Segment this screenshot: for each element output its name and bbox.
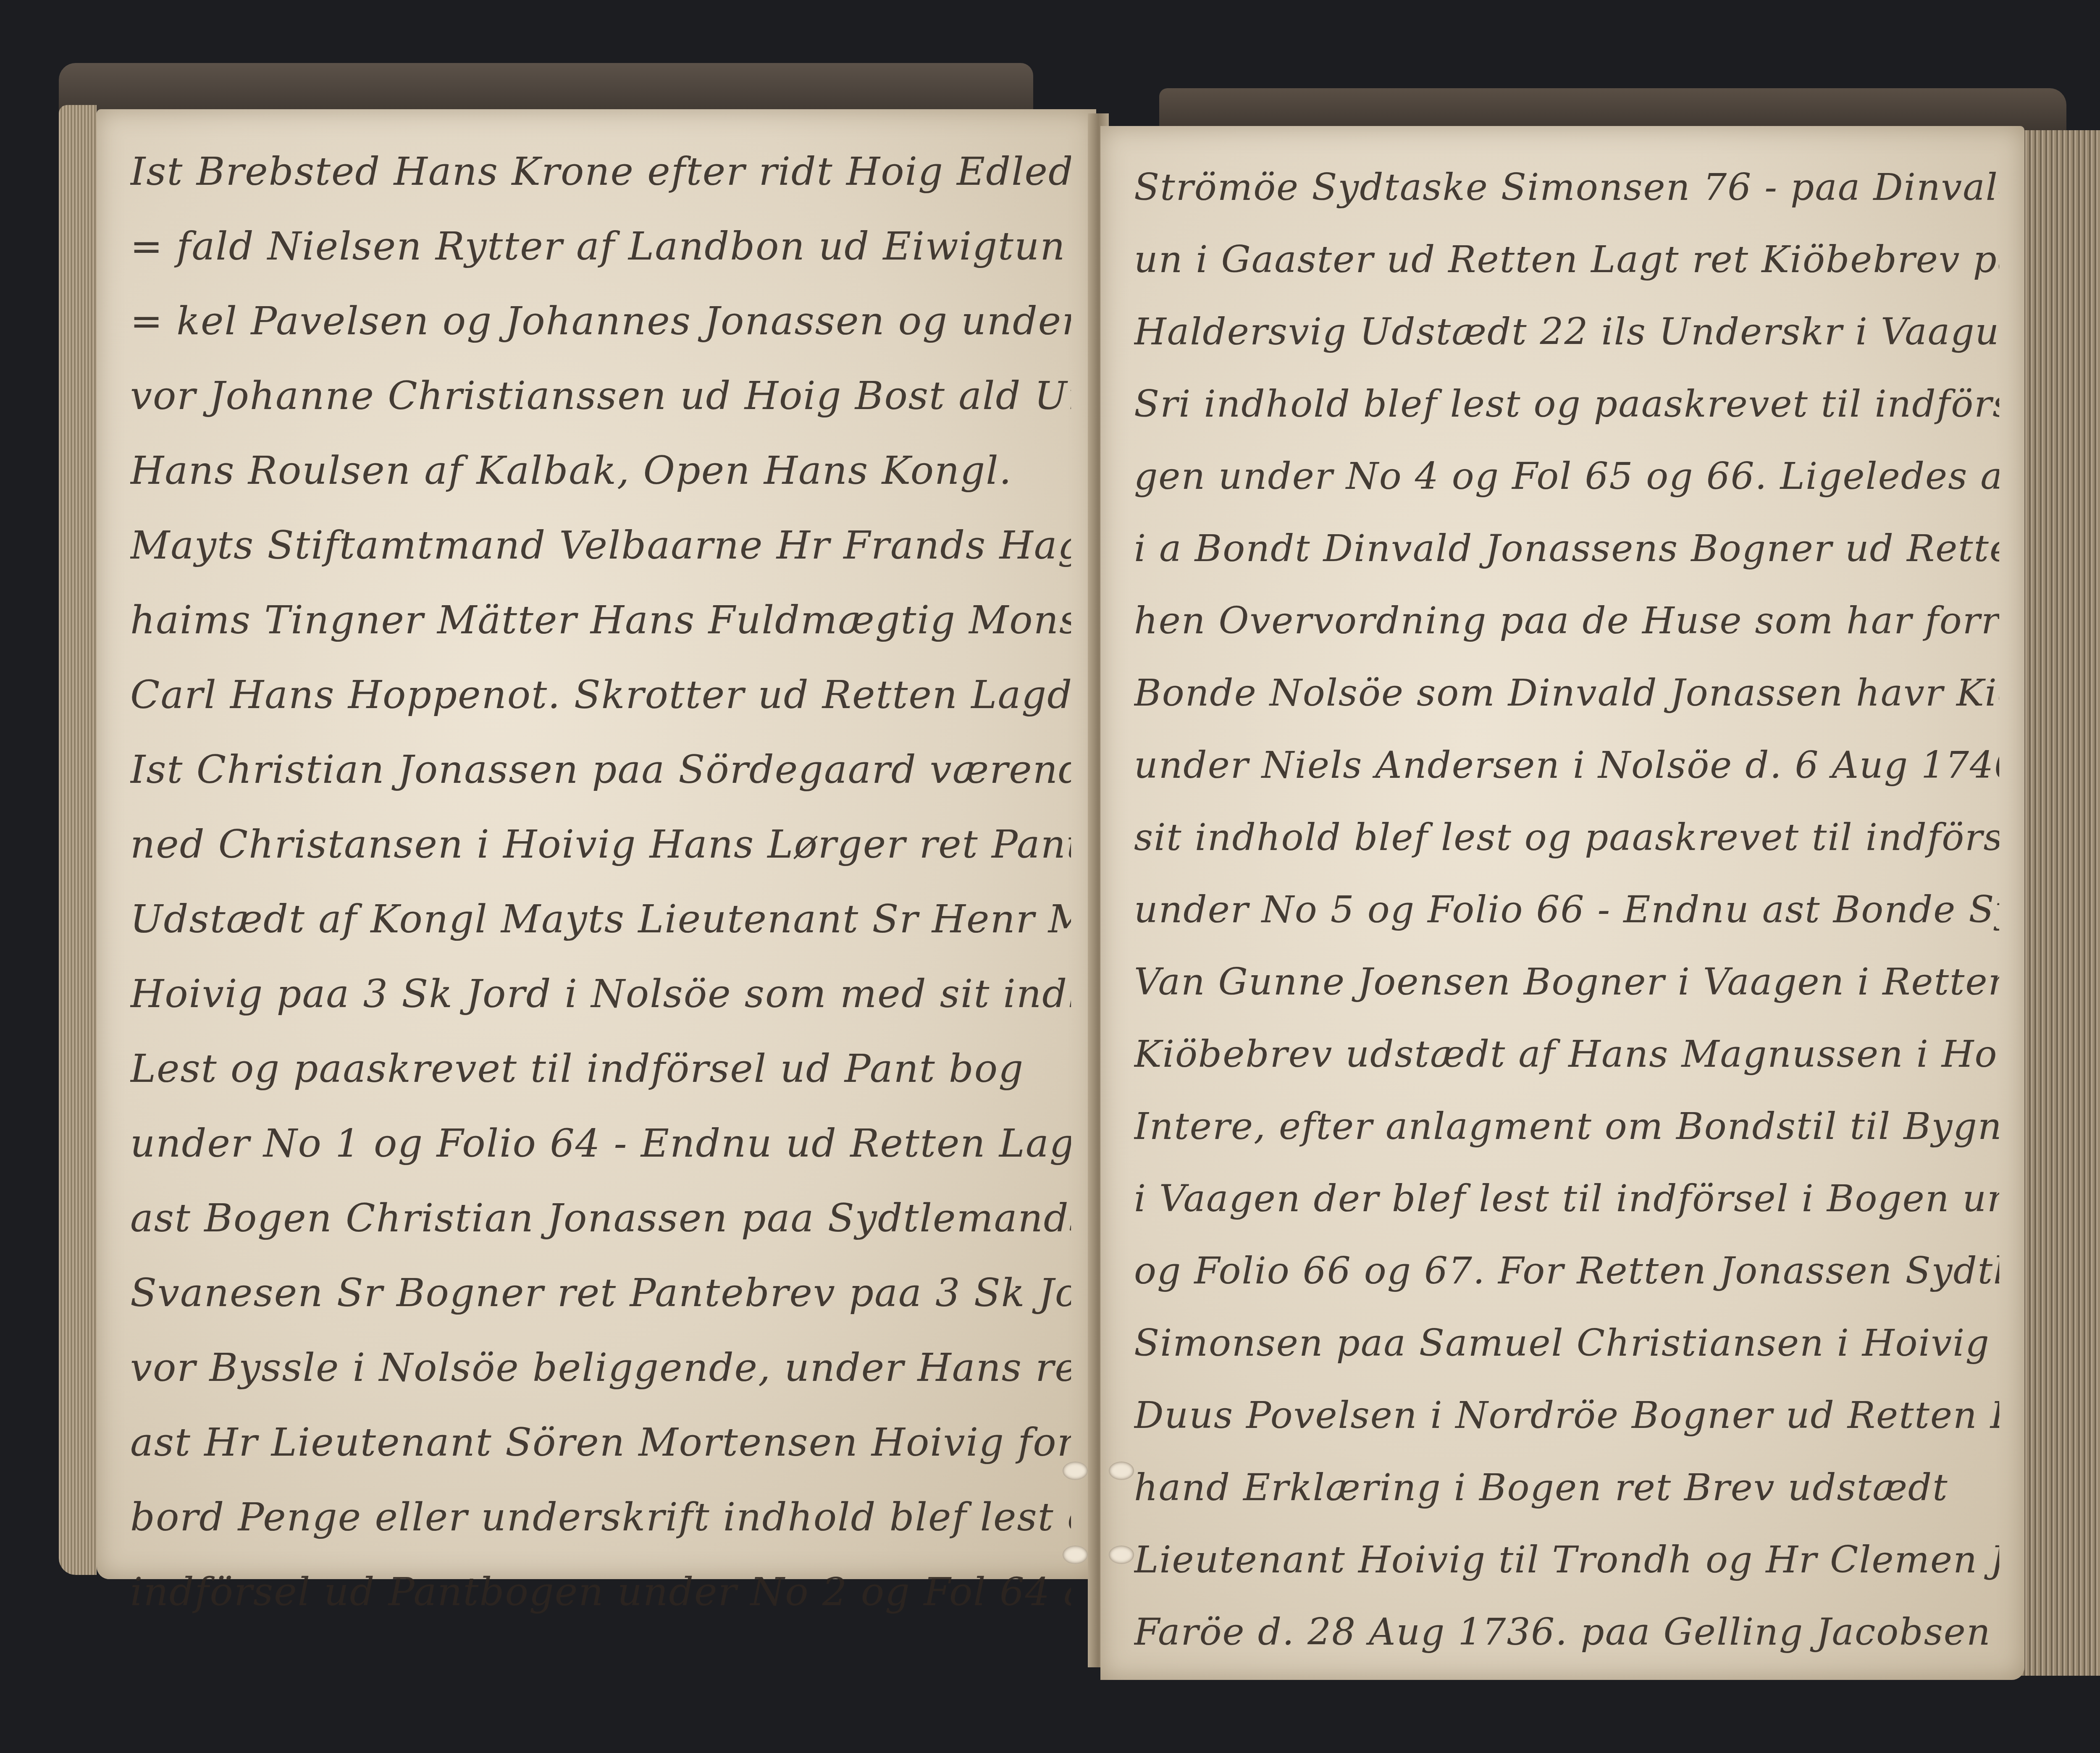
manuscript-line: Bonde Nolsöe som Dinvald Jonassen havr K… (1134, 657, 1999, 729)
manuscript-line: gen under No 4 og Fol 65 og 66. Ligelede… (1134, 440, 1999, 512)
manuscript-line: Lest og paaskrevet til indförsel ud Pant… (130, 1031, 1071, 1106)
manuscript-line: Mayts Stiftamtmand Velbaarne Hr Frands H… (130, 508, 1071, 583)
manuscript-line: under No 5 og Folio 66 - Endnu ast Bonde… (1134, 874, 1999, 946)
manuscript-line: haims Tingner Mätter Hans Fuldmægtig Mon… (130, 583, 1071, 658)
manuscript-line: ast Bogen Christian Jonassen paa Sydtlem… (130, 1181, 1071, 1256)
manuscript-line: Hans Roulsen af Kalbak, Open Hans Kongl. (130, 433, 1071, 508)
manuscript-line: hen Overvordning paa de Huse som har for… (1134, 585, 1999, 657)
manuscript-line: i Vaagen der blef lest til indförsel i B… (1134, 1163, 1999, 1235)
page-edges-right (2016, 130, 2100, 1676)
manuscript-line: Ist Brebsted Hans Krone efter ridt Hoig … (130, 134, 1071, 209)
page-edges-left (59, 105, 97, 1575)
manuscript-line: Duus Povelsen i Nordröe Bogner ud Retten… (1134, 1379, 1999, 1451)
left-page-text: Ist Brebsted Hans Krone efter ridt Hoig … (130, 134, 1071, 1630)
worm-hole (1063, 1546, 1088, 1564)
manuscript-line: ast Hr Lieutenant Sören Mortensen Hoivig… (130, 1405, 1071, 1480)
worm-hole (1109, 1462, 1134, 1480)
manuscript-line: Svanesen Sr Bogner ret Pantebrev paa 3 S… (130, 1256, 1071, 1330)
manuscript-line: og Folio 66 og 67. For Retten Jonassen S… (1134, 1235, 1999, 1307)
open-book: Ist Brebsted Hans Krone efter ridt Hoig … (50, 63, 2100, 1701)
manuscript-line: = kel Pavelsen og Johannes Jonassen og u… (130, 284, 1071, 359)
manuscript-line: Faröe d. 28 Aug 1736. paa Gelling Jacobs… (1134, 1596, 1999, 1668)
left-page: Ist Brebsted Hans Krone efter ridt Hoig … (97, 109, 1096, 1579)
manuscript-line: Ist Christian Jonassen paa Sördegaard væ… (130, 732, 1071, 807)
manuscript-line: hand Erklæring i Bogen ret Brev udstædt (1134, 1451, 1999, 1524)
manuscript-line: Carl Hans Hoppenot. Skrotter ud Retten L… (130, 658, 1071, 732)
worm-hole (1109, 1546, 1134, 1564)
manuscript-line: indförsel ud Pantbogen under No 2 og Fol… (130, 1555, 1071, 1630)
manuscript-line: Strömöe Sydtaske Simonsen 76 - paa Dinva… (1134, 151, 1999, 223)
manuscript-line: Simonsen paa Samuel Christiansen i Hoivi… (1134, 1307, 1999, 1379)
manuscript-line: Haldersvig Udstædt 22 ils Underskr i Vaa… (1134, 296, 1999, 368)
manuscript-line: Intere, efter anlagment om Bondstil til … (1134, 1090, 1999, 1163)
manuscript-line: under No 1 og Folio 64 - Endnu ud Retten… (130, 1106, 1071, 1181)
manuscript-line: sit indhold blef lest og paaskrevet til … (1134, 801, 1999, 874)
manuscript-line: ned Christansen i Hoivig Hans Lørger ret… (130, 807, 1071, 882)
manuscript-line: Kiöbebrev udstædt af Hans Magnussen i Ho… (1134, 1018, 1999, 1090)
manuscript-line: Udstædt af Kongl Mayts Lieutenant Sr Hen… (130, 882, 1071, 957)
manuscript-line: Hoivig paa 3 Sk Jord i Nolsöe som med si… (130, 957, 1071, 1031)
right-page: Strömöe Sydtaske Simonsen 76 - paa Dinva… (1100, 126, 2024, 1680)
manuscript-line: = fald Nielsen Rytter af Landbon ud Eiwi… (130, 209, 1071, 284)
manuscript-line: Lieutenant Hoivig til Trondh og Hr Cleme… (1134, 1524, 1999, 1596)
manuscript-line: bord Penge eller underskrift indhold ble… (130, 1480, 1071, 1555)
right-page-text: Strömöe Sydtaske Simonsen 76 - paa Dinva… (1134, 151, 1999, 1668)
manuscript-line: un i Gaaster ud Retten Lagt ret Kiöbebre… (1134, 223, 1999, 296)
manuscript-line: Sri indhold blef lest og paaskrevet til … (1134, 368, 1999, 440)
manuscript-line: Van Gunne Joensen Bogner i Vaagen i Rett… (1134, 946, 1999, 1018)
manuscript-line: under Niels Andersen i Nolsöe d. 6 Aug 1… (1134, 729, 1999, 801)
worm-hole (1063, 1462, 1088, 1480)
manuscript-line: i a Bondt Dinvald Jonassens Bogner ud Re… (1134, 512, 1999, 585)
manuscript-line: vor Johanne Christianssen ud Hoig Bost a… (130, 359, 1071, 433)
manuscript-line: vor Byssle i Nolsöe beliggende, under Ha… (130, 1330, 1071, 1405)
